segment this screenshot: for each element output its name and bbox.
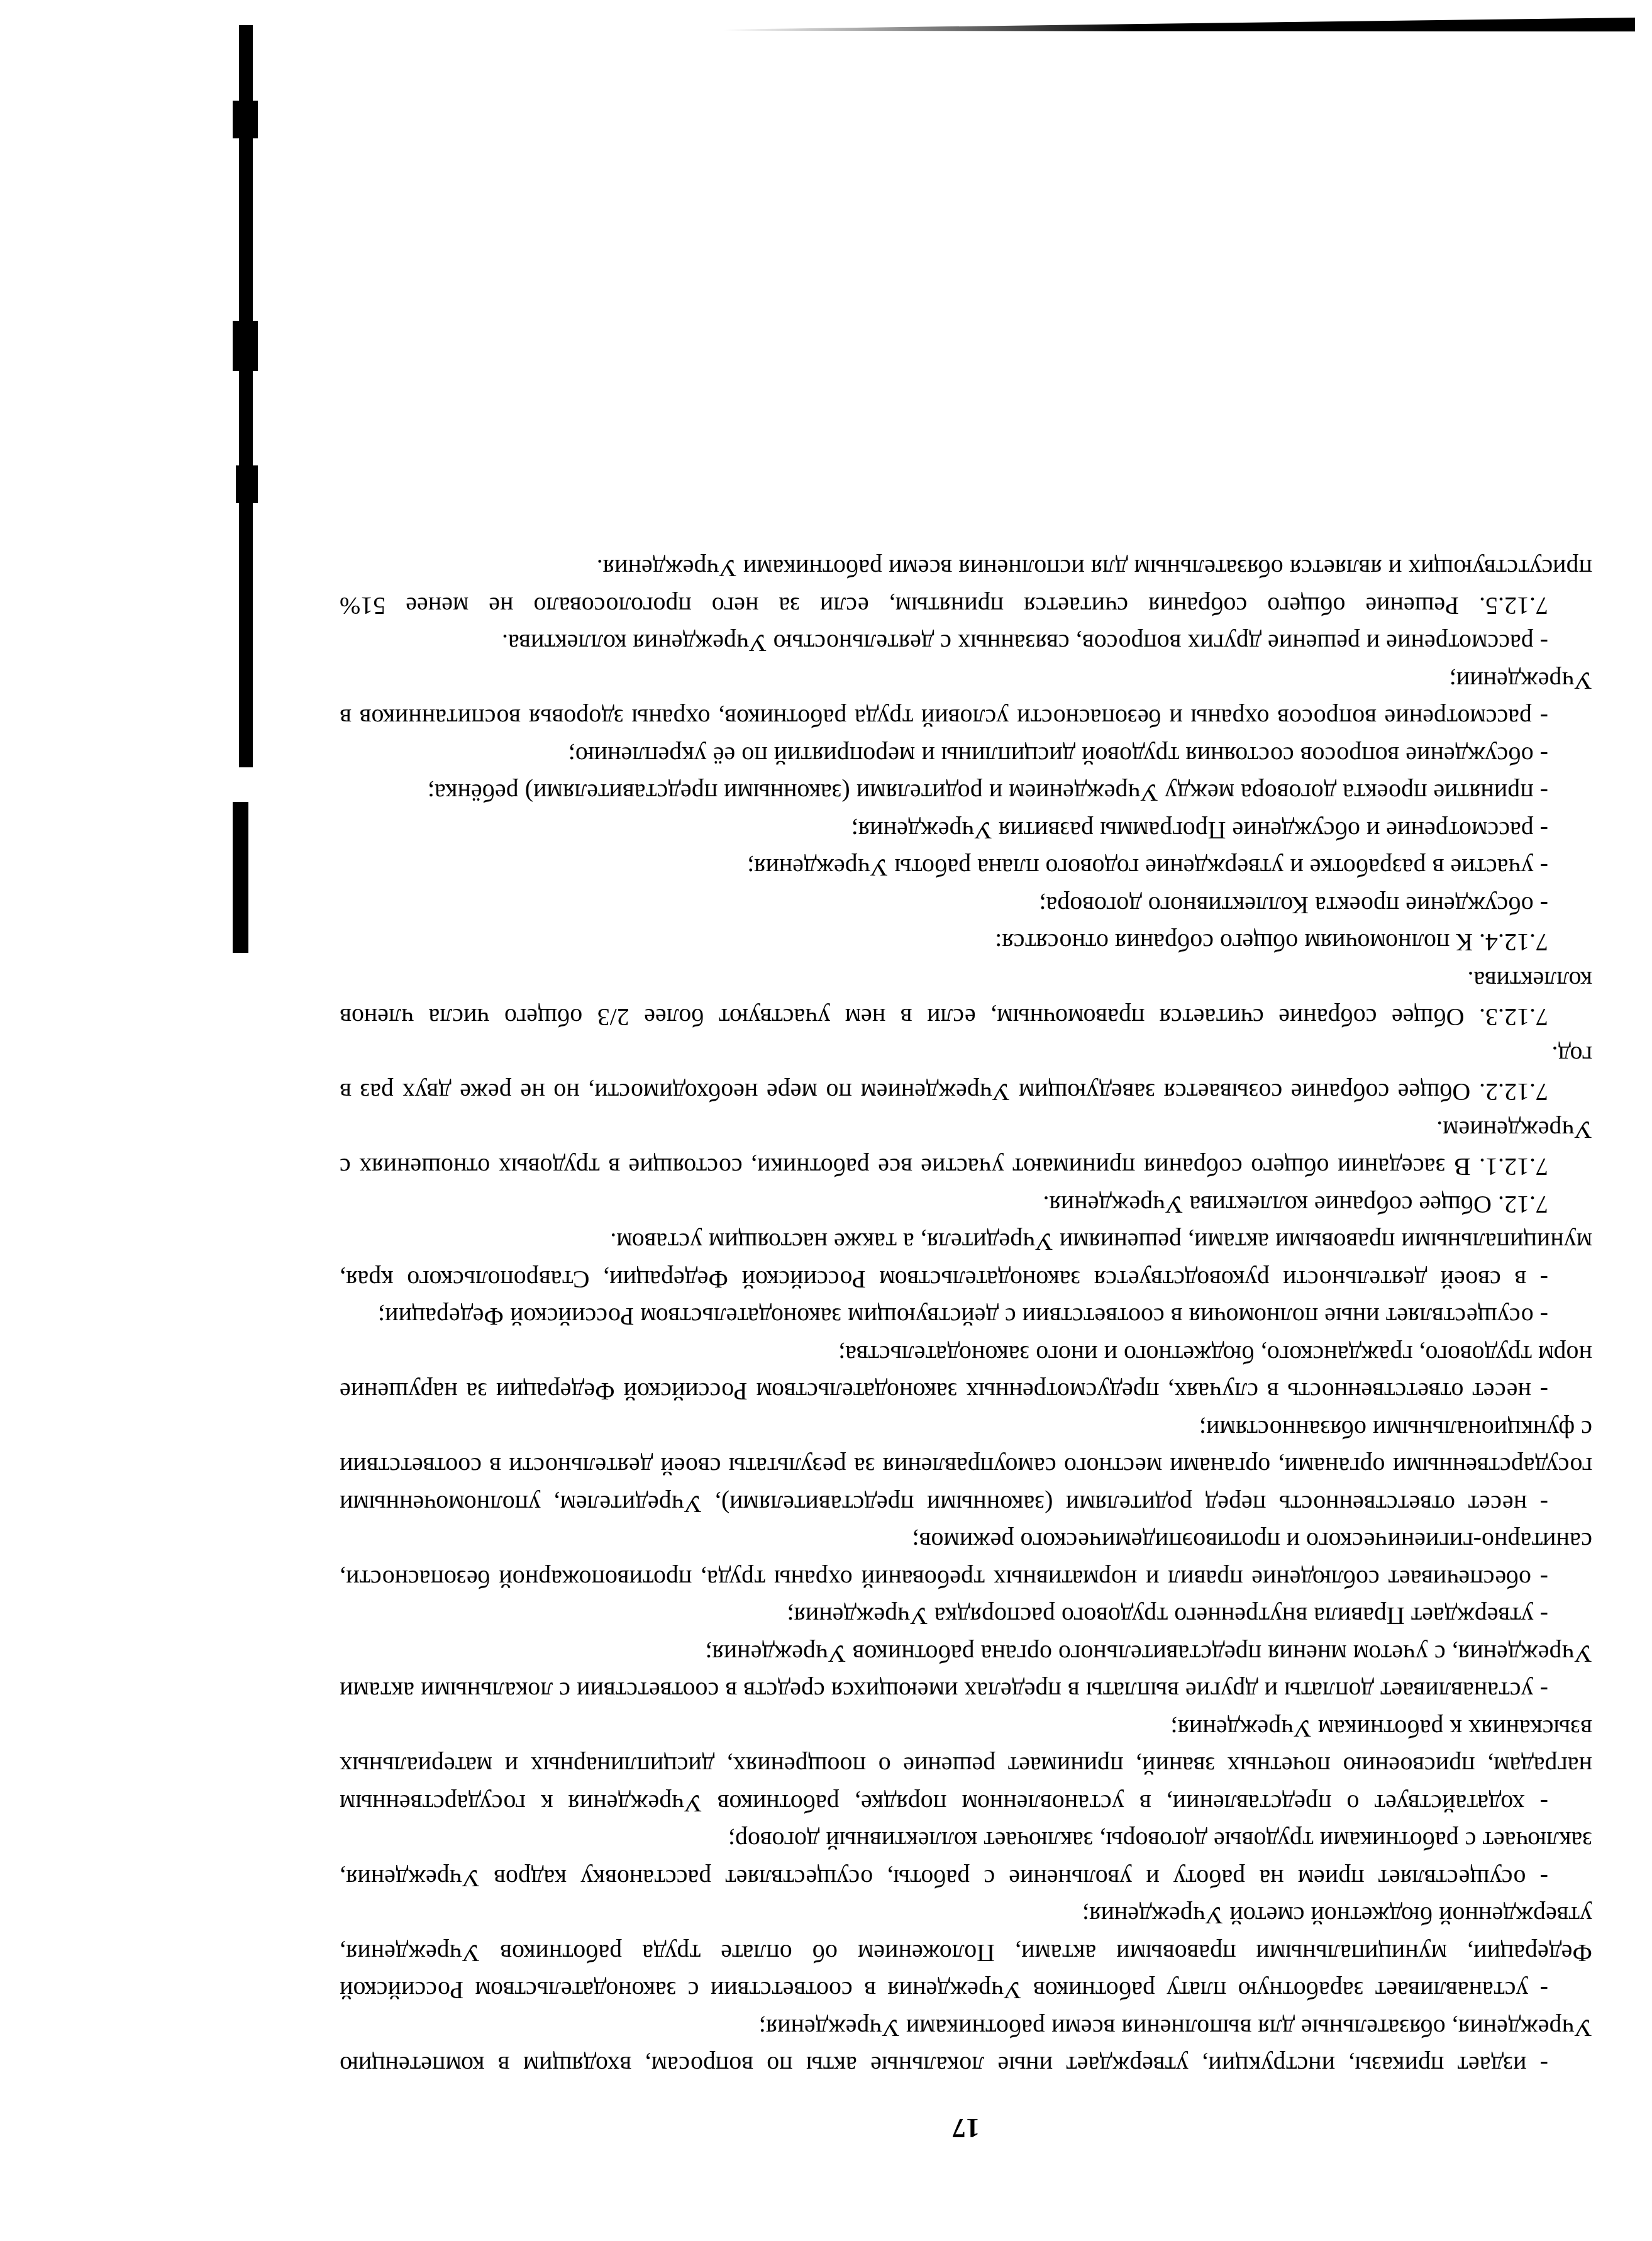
paragraph: - устанавливает доплаты и другие выплаты… <box>340 1635 1592 1710</box>
paragraph: 7.12.4. К полномочиям общего собрания от… <box>340 924 1592 962</box>
paragraph: - устанавливает заработную плату работни… <box>340 1897 1592 2010</box>
section-heading: 7.12. Общее собрание коллектива Учрежден… <box>340 1186 1592 1224</box>
document-page: 17 - издает приказы, инструкции, утвержд… <box>0 0 1652 2241</box>
paragraph: 7.12.3. Общее собрание считается правомо… <box>340 962 1592 1037</box>
list-item: - рассмотрение вопросов охраны и безопас… <box>340 662 1592 737</box>
paragraph: - утверждает Правила внутреннего трудово… <box>340 1598 1592 1635</box>
paragraph: - осуществляет иные полномочия в соответ… <box>340 1298 1592 1336</box>
list-item: - обсуждение проекта Коллективного догов… <box>340 887 1592 925</box>
paragraph: - несет ответственность в случаях, преду… <box>340 1336 1592 1411</box>
paragraph: - ходатайствует о представлении, в устан… <box>340 1710 1592 1823</box>
paragraph: - обеспечивает соблюдение правил и норма… <box>340 1523 1592 1598</box>
list-item: - принятие проекта договора между Учрежд… <box>340 774 1592 812</box>
page-number: 17 <box>340 2110 1592 2147</box>
paragraph: - в своей деятельности руководствуется з… <box>340 1223 1592 1298</box>
paragraph: 7.12.1. В заседании общего собрания прин… <box>340 1111 1592 1186</box>
list-item: - участие в разработке и утверждение год… <box>340 849 1592 887</box>
list-item: - рассмотрение и решение других вопросов… <box>340 625 1592 662</box>
paragraph: - несет ответственность перед родителями… <box>340 1411 1592 1523</box>
document-body: 17 - издает приказы, инструкции, утвержд… <box>340 550 1592 2147</box>
list-item: - рассмотрение и обсуждение Программы ра… <box>340 812 1592 850</box>
paragraph: 7.12.2. Общее собрание созывается заведу… <box>340 1037 1592 1111</box>
paragraph: - осуществляет прием на работу и увольне… <box>340 1822 1592 1897</box>
paragraph: - издает приказы, инструкции, утверждает… <box>340 2010 1592 2084</box>
paragraph: 7.12.5. Решение общего собрания считаетс… <box>340 550 1592 625</box>
list-item: - обсуждение вопросов состояния трудовой… <box>340 737 1592 775</box>
